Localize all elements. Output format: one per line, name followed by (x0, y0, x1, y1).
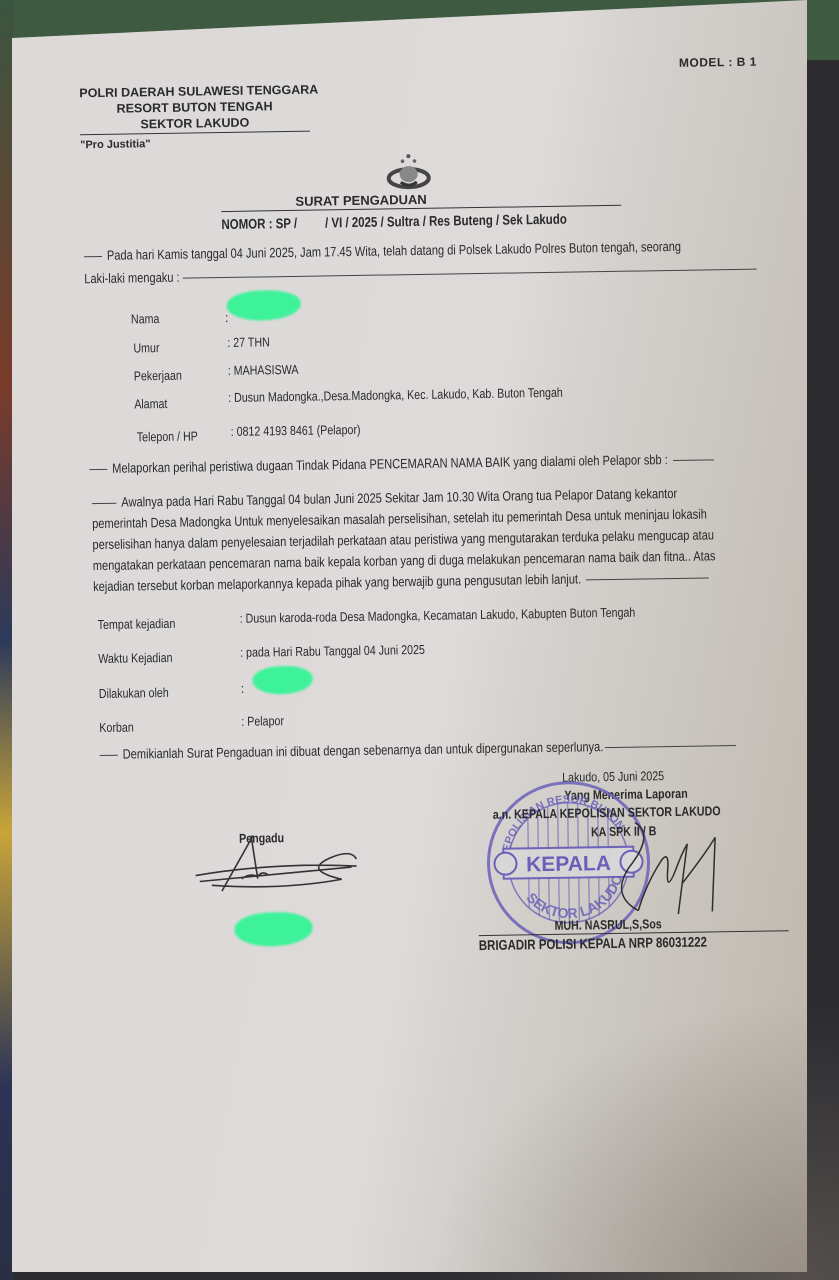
field-value-umur: : 27 THN (227, 334, 279, 350)
field-value-alamat: : Dusun Madongka.,Desa.Madongka, Kec. La… (228, 384, 636, 405)
field-value-pekerjaan: : MAHASISWA (228, 362, 314, 378)
receiver-signature (615, 813, 737, 925)
field-colon: : (225, 310, 229, 325)
field-label-pekerjaan: Pekerjaan (134, 368, 193, 384)
field-label-korban: Korban (99, 719, 141, 735)
field-value-waktu: : pada Hari Rabu Tanggal 04 Juni 2025 (240, 641, 465, 660)
field-value-telepon: : 0812 4193 8461 (Pelapor) (231, 421, 390, 438)
closing-statement: Demikianlah Surat Pengaduan ini dibuat d… (100, 735, 839, 762)
document-title: SURAT PENGADUAN (261, 191, 461, 209)
receiver-rank: BRIGADIR POLISI KEPALA NRP 86031222 (479, 933, 757, 953)
model-code: MODEL : B 1 (679, 55, 757, 70)
field-label-telepon: Telepon / HP (137, 428, 212, 444)
report-subject-line: Melaporkan perihal peristiwa dugaan Tind… (89, 449, 839, 476)
title-block: SURAT PENGADUAN (221, 189, 621, 212)
institution-header: POLRI DAERAH SULAWESI TENGGARA RESORT BU… (79, 82, 310, 136)
document-number: NOMOR : SP // VI / 2025 / Sultra / Res B… (221, 209, 642, 232)
complainant-signature (191, 831, 362, 899)
field-label-tempat: Tempat kejadian (98, 616, 193, 632)
complaint-letter: MODEL : B 1 POLRI DAERAH SULAWESI TENGGA… (0, 0, 839, 1280)
field-label-waktu: Waktu Kejadian (98, 650, 189, 666)
opening-line-1: Pada hari Kamis tanggal 04 Juni 2025, Ja… (84, 237, 812, 263)
field-label-dilakukan: Dilakukan oleh (99, 685, 185, 701)
number-prefix: NOMOR : SP / (221, 215, 297, 232)
field-colon: : (241, 681, 245, 696)
field-label-nama: Nama (131, 311, 166, 327)
polri-emblem-icon (384, 152, 433, 191)
field-label-umur: Umur (133, 340, 165, 355)
field-label-alamat: Alamat (134, 396, 175, 412)
number-suffix: / VI / 2025 / Sultra / Res Buteng / Sek … (325, 211, 567, 231)
field-value-tempat: : Dusun karoda-roda Desa Madongka, Kecam… (240, 603, 723, 626)
redaction-mark (234, 912, 313, 947)
redaction-mark (252, 666, 312, 695)
pro-justitia: "Pro Justitia" (80, 138, 151, 151)
field-value-korban: : Pelapor (241, 713, 293, 729)
opening-line-2: Laki-laki mengaku : (84, 258, 839, 286)
redaction-mark (226, 290, 300, 321)
stamp-center-text: KEPALA (526, 852, 611, 876)
receiver-name: MUH. NASRUL,S,Sos (554, 916, 685, 933)
